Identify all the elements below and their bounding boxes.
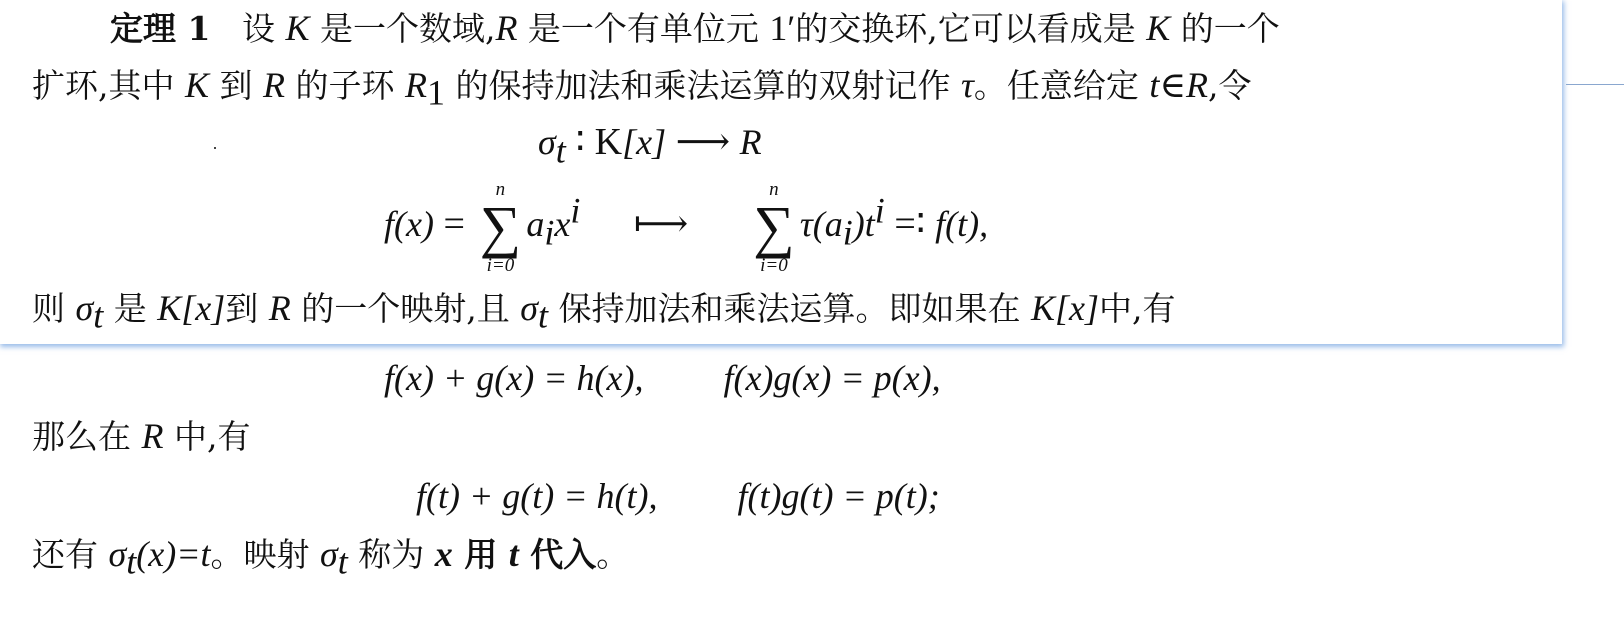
equation-evaluated-t: f(t) + g(t) = h(t),f(t)g(t) = p(t);	[416, 474, 940, 518]
theorem-line-1: 定理 1 设 K 是一个数域,R 是一个有单位元 1′的交换环,它可以看成是 K…	[110, 8, 1280, 49]
theorem-label: 定理 1	[110, 9, 210, 48]
summation-left: n∑i=0	[474, 202, 526, 252]
equation-polynomial-x: f(x) + g(x) = h(x),f(x)g(x) = p(x),	[384, 356, 941, 400]
mapsto-arrow: ⟼	[634, 203, 688, 245]
body-line-3: 则 σt 是 K[x]到 R 的一个映射,且 σt 保持加法和乘法运算。即如果在…	[32, 288, 1176, 329]
body-line-5: 还有 σt(x)=t。映射 σt 称为 x 用 t 代入。	[32, 534, 629, 575]
scan-speck	[214, 147, 216, 149]
panel-edge-marker	[1566, 84, 1624, 85]
theorem-line-2: 扩环,其中 K 到 R 的子环 R1 的保持加法和乘法运算的双射记作 τ。任意给…	[32, 65, 1252, 106]
map-definition: σt ∶ K[x] ⟶ R	[538, 120, 762, 164]
body-line-4: 那么在 R 中,有	[32, 416, 250, 457]
summation-right: n∑i=0	[748, 202, 800, 252]
sum-definition: f(x) = n∑i=0aixi ⟼ n∑i=0τ(ai)ti =∶ f(t),	[384, 202, 988, 252]
